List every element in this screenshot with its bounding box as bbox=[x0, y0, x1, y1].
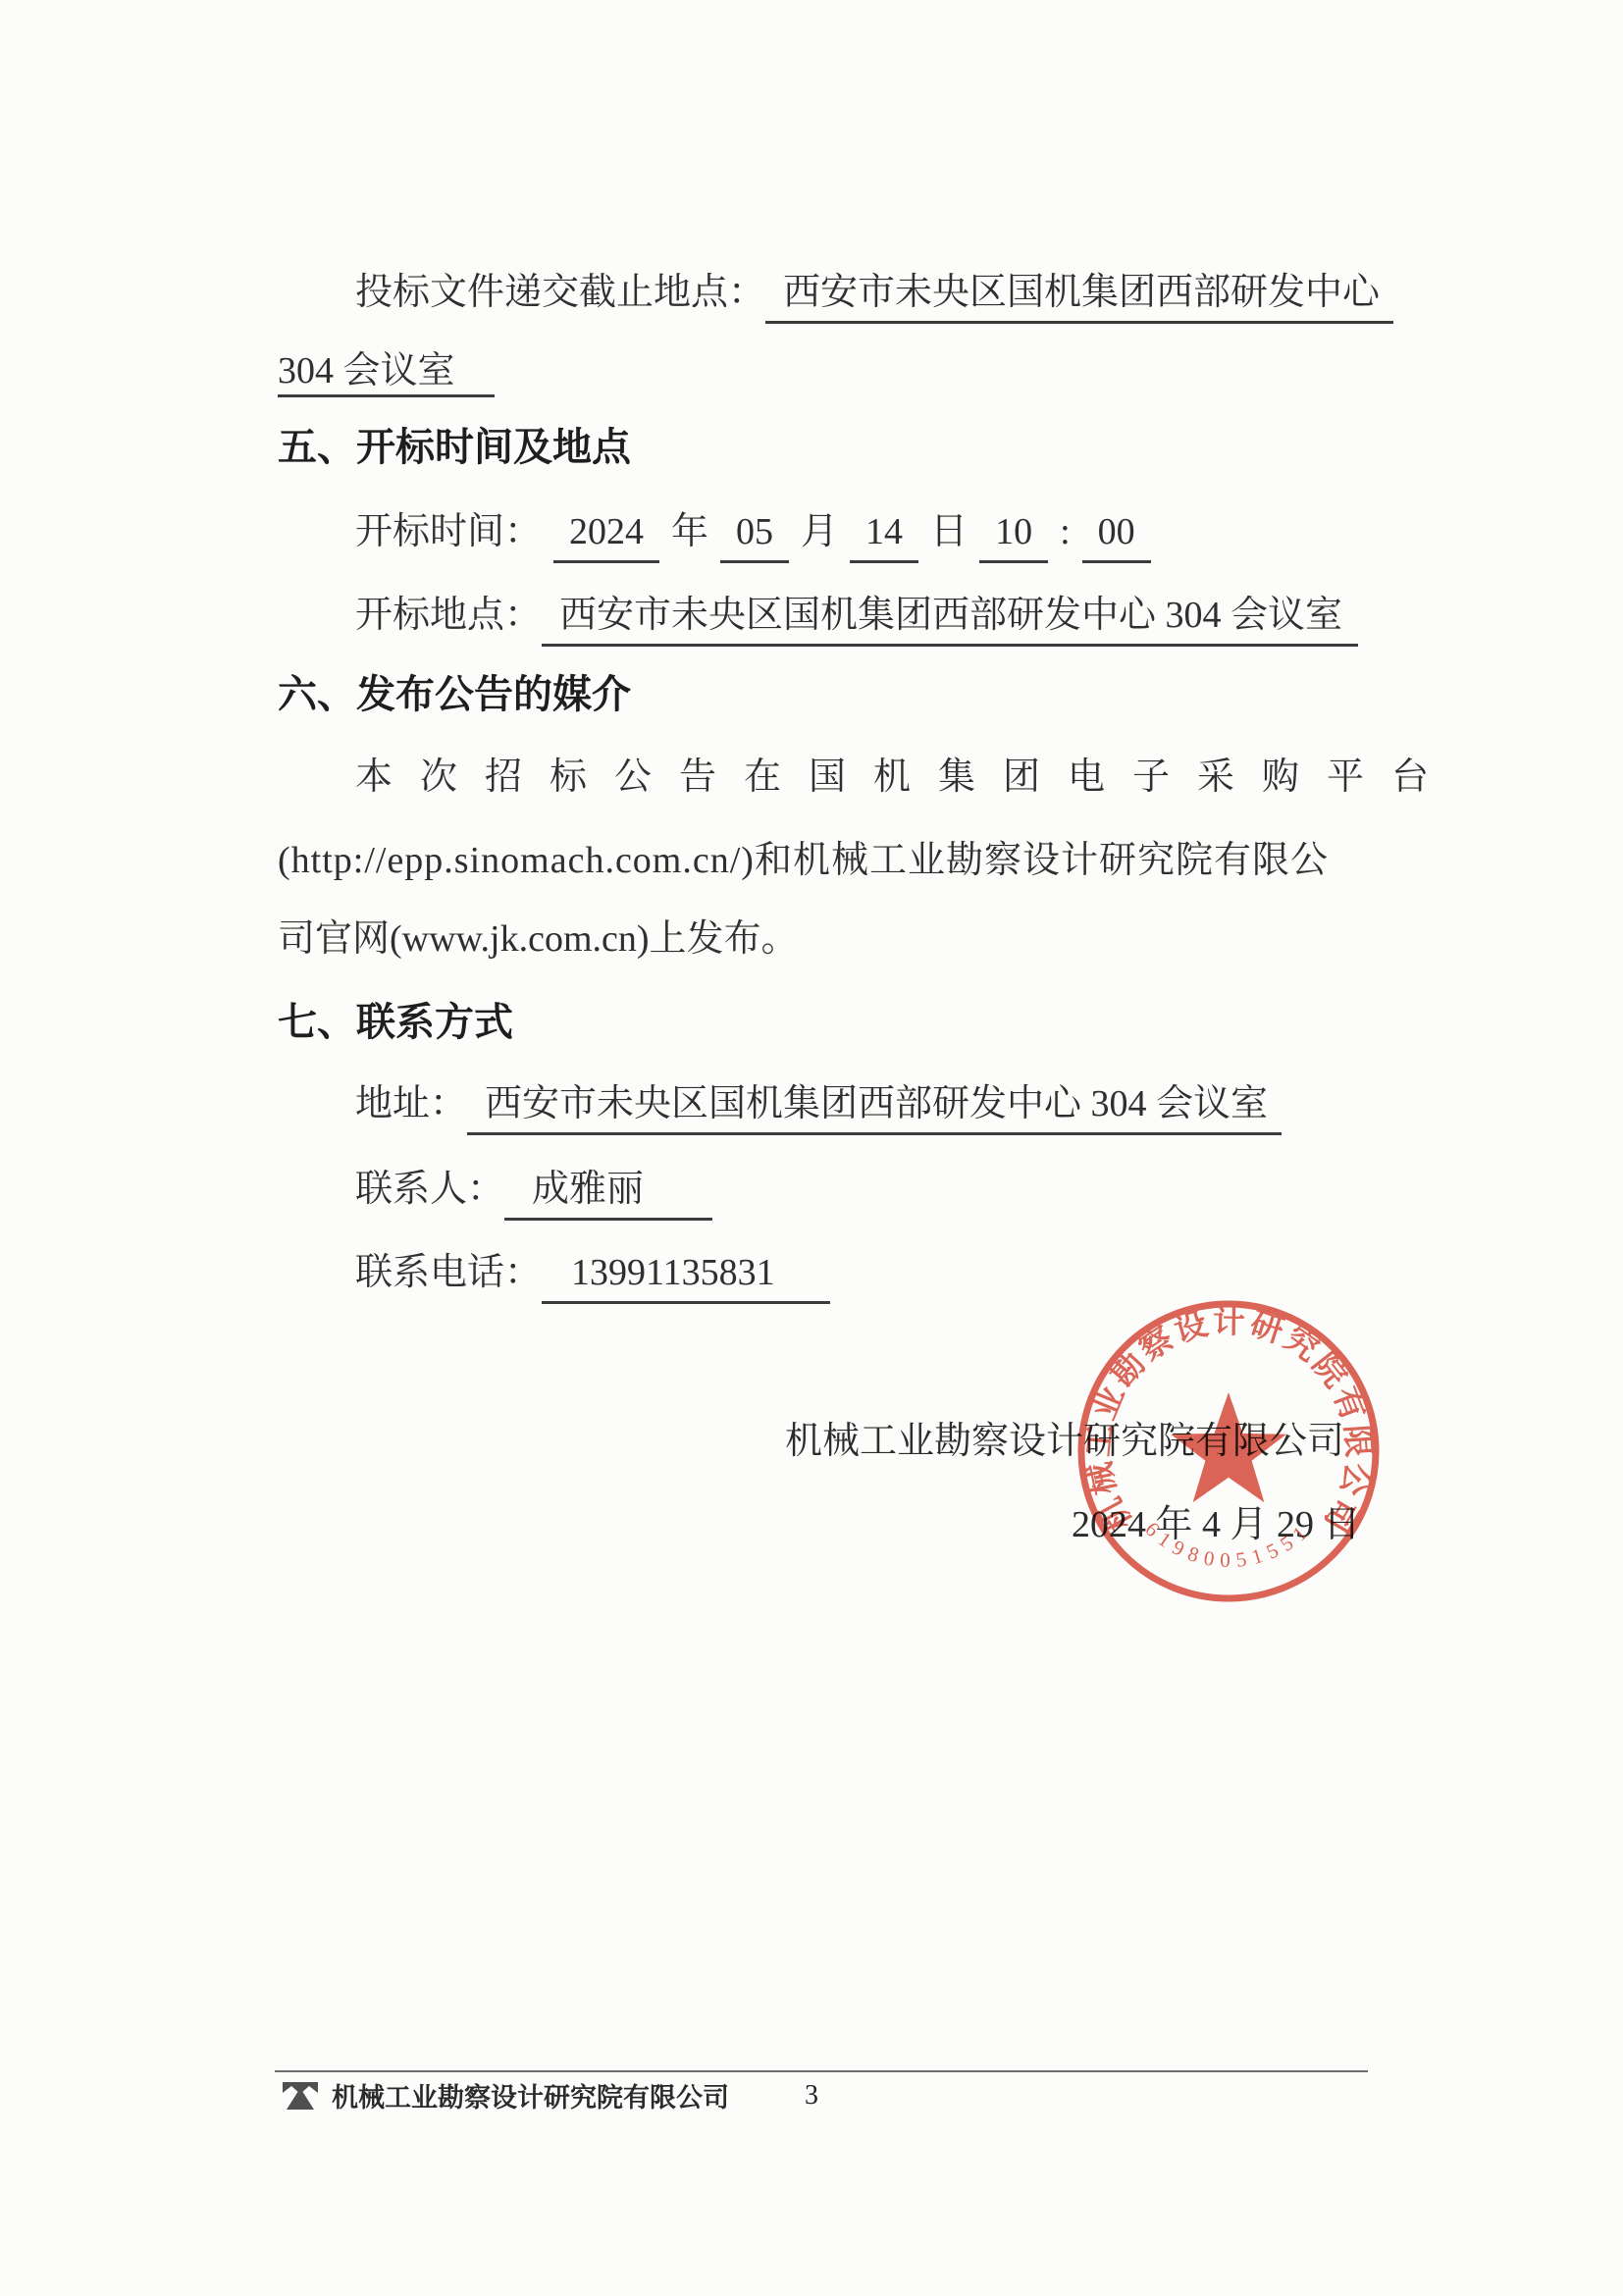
seal-serial-number: 61980051551 bbox=[1140, 1517, 1316, 1572]
svg-text:61980051551: 61980051551 bbox=[1140, 1517, 1316, 1572]
contact-person-label: 联系人： bbox=[355, 1164, 504, 1215]
open-time-year: 2024 bbox=[553, 506, 659, 563]
section-5-heading: 五、开标时间及地点 bbox=[278, 422, 631, 473]
open-time-year-unit: 年 bbox=[671, 506, 708, 557]
open-time-month: 05 bbox=[720, 506, 789, 563]
page-number: 3 bbox=[0, 2080, 1623, 2112]
open-time-day: 14 bbox=[850, 506, 918, 563]
section-6-heading: 六、发布公告的媒介 bbox=[278, 669, 631, 720]
open-place-line: 开标地点： 西安市未央区国机集团西部研发中心 304 会议室 bbox=[355, 590, 1358, 647]
media-line-3: 司官网(www.jk.com.cn)上发布。 bbox=[278, 913, 799, 965]
contact-person-line: 联系人： 成雅丽 bbox=[355, 1164, 712, 1221]
media-line-2: (http://epp.sinomach.com.cn/)和机械工业勘察设计研究… bbox=[278, 835, 1329, 886]
contact-person-value: 成雅丽 bbox=[504, 1164, 712, 1221]
section-7-heading: 七、联系方式 bbox=[278, 997, 513, 1048]
deadline-location-value: 西安市未央区国机集团西部研发中心 bbox=[765, 267, 1393, 324]
open-time-label: 开标时间： bbox=[355, 506, 542, 557]
deadline-location-line: 投标文件递交截止地点： 西安市未央区国机集团西部研发中心 bbox=[355, 267, 1393, 324]
star-icon bbox=[1171, 1392, 1286, 1502]
address-label: 地址： bbox=[355, 1078, 467, 1129]
deadline-location-line2: 304 会议室 bbox=[278, 345, 495, 396]
open-place-value: 西安市未央区国机集团西部研发中心 304 会议室 bbox=[542, 590, 1358, 647]
footer-divider bbox=[275, 2070, 1368, 2072]
contact-phone-label: 联系电话： bbox=[355, 1247, 542, 1298]
contact-phone-value: 13991135831 bbox=[542, 1247, 830, 1304]
open-place-label: 开标地点： bbox=[355, 590, 542, 641]
address-value: 西安市未央区国机集团西部研发中心 304 会议室 bbox=[467, 1078, 1282, 1135]
open-time-separator: : bbox=[1060, 506, 1071, 557]
document-page: 投标文件递交截止地点： 西安市未央区国机集团西部研发中心 304 会议室 五、开… bbox=[0, 0, 1623, 2296]
open-time-minute: 00 bbox=[1082, 506, 1151, 563]
seal-graphic: 机械工业勘察设计研究院有限公司 61980051551 bbox=[1052, 1275, 1405, 1628]
open-time-month-unit: 月 bbox=[801, 506, 838, 557]
open-time-line: 开标时间： 2024 年 05 月 14 日 10 : 00 bbox=[355, 506, 1151, 563]
contact-phone-line: 联系电话： 13991135831 bbox=[355, 1247, 830, 1304]
open-time-hour: 10 bbox=[979, 506, 1048, 563]
media-line-1: 本次招标公告在国机集团电子采购平台 bbox=[355, 752, 1456, 803]
deadline-location-value2: 304 会议室 bbox=[278, 350, 495, 397]
deadline-location-label: 投标文件递交截止地点： bbox=[355, 267, 765, 318]
address-line: 地址： 西安市未央区国机集团西部研发中心 304 会议室 bbox=[355, 1078, 1282, 1135]
official-seal-stamp: 机械工业勘察设计研究院有限公司 61980051551 bbox=[1052, 1275, 1405, 1628]
open-time-day-unit: 日 bbox=[930, 506, 968, 557]
